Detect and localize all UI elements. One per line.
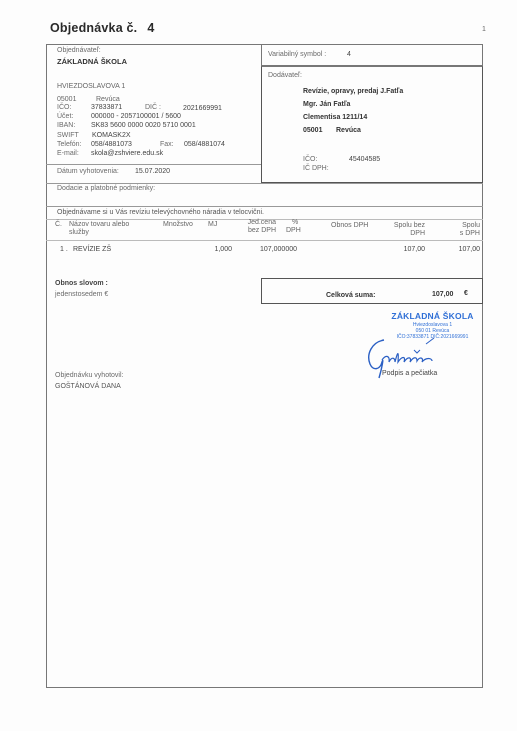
prepared-by-name: GOŠTÁNOVÁ DANA [55,383,121,390]
variable-symbol-value: 4 [347,51,351,58]
supplier-zip: 05001 [303,127,322,134]
th-no: Č. [55,221,62,229]
supplier-ico: 45404585 [349,156,380,163]
buyer-phone-label: Telefón: [57,141,82,148]
document-title: Objednávka č.4 [50,21,155,35]
row-total-incl: 107,00 [440,246,480,253]
th-name-2: služby [69,229,89,237]
amount-words-value: jedenstosedem € [55,291,108,298]
th-vat-pct-2: DPH [286,227,301,235]
th-total-excl-2: DPH [380,230,425,238]
buyer-ico: 37833871 [91,104,122,111]
buyer-fax-label: Fax: [160,141,174,148]
variable-symbol-label: Variabilný symbol : [268,51,326,58]
supplier-line1: Revízie, opravy, predaj J.Fatľa [303,88,403,95]
row-qty: 1,000 [176,246,232,253]
total-value: 107,00 [432,291,453,298]
buyer-iban-label: IBAN: [57,122,75,129]
buyer-account: 000000 - 2057100001 / 5600 [91,113,181,120]
th-unit: MJ [208,221,217,229]
supplier-line2: Mgr. Ján Fatľa [303,101,350,108]
order-number: 4 [147,21,154,35]
issue-date-label: Dátum vyhotovenia: [57,168,119,175]
th-unit-price-2: bez DPH [228,227,276,235]
buyer-fax: 058/4881074 [184,141,225,148]
total-currency: € [464,290,468,297]
supplier-box [261,66,483,183]
buyer-dic: 2021669991 [183,105,222,112]
handwritten-signature [362,334,452,387]
row-no: 1 . [60,246,68,253]
supplier-icdph-label: IČ DPH: [303,165,329,172]
total-label: Celková suma: [326,292,375,299]
buyer-email: skola@zshviere.edu.sk [91,150,163,157]
th-total-incl-1: Spolu [440,222,480,230]
buyer-dic-label: DIČ : [145,104,161,111]
buyer-swift-label: SWIFT [57,132,79,139]
issue-date-value: 15.07.2020 [135,168,170,175]
th-total-incl-2: s DPH [440,230,480,238]
divider [46,240,483,241]
stamp-title: ZÁKLADNÁ ŠKOLA [380,311,485,321]
th-vat-amount: Obnos DPH [331,222,368,230]
buyer-ico-label: IČO: [57,104,71,111]
supplier-ico-label: IČO: [303,156,317,163]
divider [46,183,483,184]
buyer-street: HVIEZDOSLAVOVA 1 [57,83,125,90]
divider [46,206,483,207]
intro-text: Objednávame si u Vás revíziu televýchovn… [57,209,264,216]
supplier-city: Revúca [336,127,361,134]
th-qty: Množstvo [163,221,193,229]
title-text: Objednávka č. [50,21,137,35]
buyer-zip: 05001 [57,96,76,103]
buyer-city: Revúca [96,96,120,103]
signature-label: Podpis a pečiatka [382,370,437,377]
supplier-label: Dodávateľ: [268,72,302,79]
buyer-swift: KOMASK2X [92,132,131,139]
buyer-label: Objednávateľ: [57,47,101,54]
th-total-excl-1: Spolu bez [380,222,425,230]
amount-words-label: Obnos slovom : [55,280,108,287]
buyer-account-label: Účet: [57,113,73,120]
th-vat-pct-1: % [292,219,298,227]
terms-label: Dodacie a platobné podmienky: [57,185,155,192]
row-name: REVÍZIE ZŠ [73,246,111,253]
page-number: 1 [482,26,486,33]
buyer-email-label: E-mail: [57,150,79,157]
prepared-by-label: Objednávku vyhotovil: [55,372,123,379]
th-unit-price-1: Jed.cena [228,219,276,227]
row-unit-price: 107,000000 [236,246,297,253]
th-name-1: Názov tovaru alebo [69,221,129,229]
row-total-excl: 107,00 [380,246,425,253]
table-row: 1 . REVÍZIE ZŠ 1,000 107,000000 107,00 1… [46,246,483,256]
buyer-iban: SK83 5600 0000 0020 5710 0001 [91,122,196,129]
buyer-phone: 058/4881073 [91,141,132,148]
supplier-line3: Clementisa 1211/14 [303,114,367,121]
divider [46,164,261,165]
buyer-name: ZÁKLADNÁ ŠKOLA [57,57,127,66]
